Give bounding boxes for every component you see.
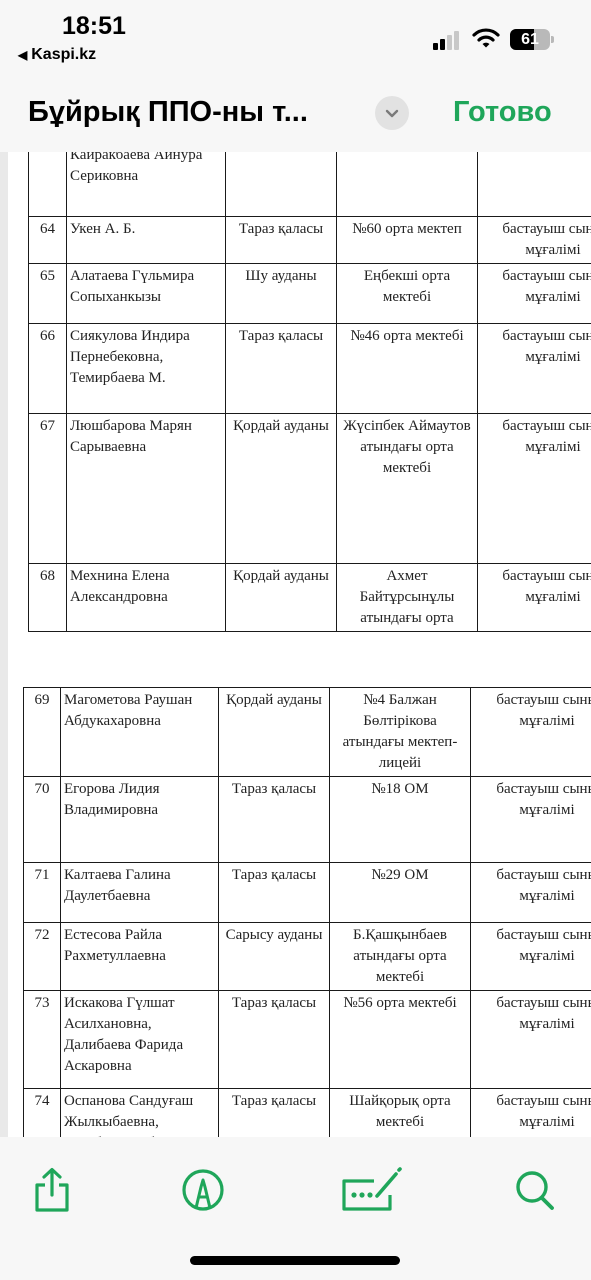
table-row: 66Сиякулова Индира Пернебековна, Темирба… bbox=[29, 324, 591, 414]
back-to-app-link[interactable]: ◀Kaspi.kz bbox=[18, 46, 96, 64]
region-cell: Тараз қаласы bbox=[219, 1089, 330, 1138]
table-row: 69Магометова Раушан АбдукахаровнаҚордай … bbox=[24, 688, 591, 777]
table-row: 68Мехнина Елена АлександровнаҚордай ауда… bbox=[29, 564, 591, 632]
teacher-name-cell: Люшбарова Марян Сарываевна bbox=[67, 414, 226, 564]
teachers-table: 69Магометова Раушан АбдукахаровнаҚордай … bbox=[23, 687, 591, 1137]
table-row: 74Оспанова Сандуғаш Жылкыбаевна, Кесебае… bbox=[24, 1089, 591, 1138]
teacher-name-cell: Оспанова Сандуғаш Жылкыбаевна, Кесебаева… bbox=[61, 1089, 219, 1138]
status-bar: 18:51 ◀Kaspi.kz 61 bbox=[0, 0, 591, 80]
teachers-table: Кайракбаева Айнура Сериковна64Укен А. Б.… bbox=[28, 152, 591, 632]
battery-tip bbox=[551, 36, 554, 43]
school-name-cell: Жүсіпбек Аймаутов атындағы орта мектебі bbox=[337, 414, 478, 564]
cellular-signal-icon bbox=[433, 30, 463, 50]
document-viewer[interactable]: Кайракбаева Айнура Сериковна64Укен А. Б.… bbox=[0, 152, 591, 1137]
share-icon bbox=[29, 1167, 75, 1213]
school-name-cell: №60 орта мектеп bbox=[337, 217, 478, 264]
row-number-cell: 70 bbox=[24, 777, 61, 863]
position-cell: бастауыш сыны мұғалімі bbox=[478, 414, 591, 564]
row-number-cell: 68 bbox=[29, 564, 67, 632]
teacher-name-cell: Укен А. Б. bbox=[67, 217, 226, 264]
region-cell: Тараз қаласы bbox=[226, 217, 337, 264]
home-indicator bbox=[190, 1256, 400, 1265]
position-cell: бастауыш сыны мұғалімі bbox=[478, 324, 591, 414]
row-number-cell: 72 bbox=[24, 923, 61, 991]
region-cell: Шу ауданы bbox=[226, 264, 337, 324]
back-triangle-icon: ◀ bbox=[18, 48, 27, 62]
school-name-cell: №4 Балжан Бөлтірікова атындағы мектеп-ли… bbox=[330, 688, 471, 777]
back-app-label: Kaspi.kz bbox=[31, 46, 96, 63]
teacher-name-cell: Калтаева Галина Даулетбаевна bbox=[61, 863, 219, 923]
signature-button[interactable] bbox=[340, 1167, 404, 1213]
table-row: 70Егорова Лидия ВладимировнаТараз қаласы… bbox=[24, 777, 591, 863]
school-name-cell bbox=[337, 152, 478, 217]
region-cell: Тараз қаласы bbox=[219, 863, 330, 923]
markup-button[interactable] bbox=[180, 1167, 226, 1213]
position-cell: бастауыш сыны мұғалімі bbox=[478, 217, 591, 264]
region-cell: Қордай ауданы bbox=[219, 688, 330, 777]
search-icon bbox=[513, 1167, 559, 1213]
row-number-cell: 69 bbox=[24, 688, 61, 777]
school-name-cell: №18 ОМ bbox=[330, 777, 471, 863]
row-number-cell: 65 bbox=[29, 264, 67, 324]
table-row: 72Естесова Райла РахметуллаевнаСарысу ау… bbox=[24, 923, 591, 991]
school-name-cell: №29 ОМ bbox=[330, 863, 471, 923]
position-cell: бастауыш сыны мұғалімі bbox=[471, 688, 591, 777]
school-name-cell: №56 орта мектебі bbox=[330, 991, 471, 1089]
school-name-cell: Еңбекші орта мектебі bbox=[337, 264, 478, 324]
battery-icon: 61 bbox=[510, 29, 550, 50]
document-title[interactable]: Бұйрық ППО-ны т... bbox=[28, 96, 308, 129]
row-number-cell: 74 bbox=[24, 1089, 61, 1138]
teacher-name-cell: Сиякулова Индира Пернебековна, Темирбаев… bbox=[67, 324, 226, 414]
teacher-name-cell: Кайракбаева Айнура Сериковна bbox=[67, 152, 226, 217]
row-number-cell: 71 bbox=[24, 863, 61, 923]
table-row: 64Укен А. Б.Тараз қаласы№60 орта мектепб… bbox=[29, 217, 591, 264]
row-number-cell: 64 bbox=[29, 217, 67, 264]
chevron-down-icon bbox=[385, 109, 399, 118]
school-name-cell: Ахмет Байтұрсынұлы атындағы орта bbox=[337, 564, 478, 632]
position-cell: бастауыш сыны мұғалімі bbox=[471, 777, 591, 863]
teacher-name-cell: Егорова Лидия Владимировна bbox=[61, 777, 219, 863]
battery-level: 61 bbox=[510, 29, 550, 50]
region-cell: Сарысу ауданы bbox=[219, 923, 330, 991]
region-cell: Қордай ауданы bbox=[226, 564, 337, 632]
signature-icon bbox=[340, 1167, 404, 1213]
row-number-cell: 66 bbox=[29, 324, 67, 414]
table-row: 67Люшбарова Марян СарываевнаҚордай аудан… bbox=[29, 414, 591, 564]
row-number-cell bbox=[29, 152, 67, 217]
table-row: Кайракбаева Айнура Сериковна bbox=[29, 152, 591, 217]
position-cell: бастауыш сыны мұғалімі bbox=[471, 991, 591, 1089]
table-row: 73Искакова Гүлшат Асилхановна, Далибаева… bbox=[24, 991, 591, 1089]
row-number-cell: 73 bbox=[24, 991, 61, 1089]
position-cell bbox=[478, 152, 591, 217]
share-button[interactable] bbox=[29, 1167, 75, 1213]
region-cell: Қордай ауданы bbox=[226, 414, 337, 564]
region-cell: Тараз қаласы bbox=[219, 991, 330, 1089]
teacher-name-cell: Естесова Райла Рахметуллаевна bbox=[61, 923, 219, 991]
table-row: 65Алатаева Гүльмира СопыханкызыШу ауданы… bbox=[29, 264, 591, 324]
position-cell: бастауыш сыны мұғалімі bbox=[471, 923, 591, 991]
teacher-name-cell: Алатаева Гүльмира Сопыханкызы bbox=[67, 264, 226, 324]
title-menu-button[interactable] bbox=[375, 96, 409, 130]
document-page: 69Магометова Раушан АбдукахаровнаҚордай … bbox=[8, 674, 591, 1137]
done-button[interactable]: Готово bbox=[453, 96, 552, 129]
region-cell bbox=[226, 152, 337, 217]
wifi-icon bbox=[472, 27, 500, 49]
position-cell: бастауыш сыны мұғалімі bbox=[478, 564, 591, 632]
clock: 18:51 bbox=[62, 12, 126, 41]
row-number-cell: 67 bbox=[29, 414, 67, 564]
position-cell: бастауыш сыны мұғалімі bbox=[478, 264, 591, 324]
teacher-name-cell: Искакова Гүлшат Асилхановна, Далибаева Ф… bbox=[61, 991, 219, 1089]
search-button[interactable] bbox=[513, 1167, 559, 1213]
position-cell: бастауыш сыны мұғалімі bbox=[471, 1089, 591, 1138]
school-name-cell: Шайқорық орта мектебі bbox=[330, 1089, 471, 1138]
teacher-name-cell: Мехнина Елена Александровна bbox=[67, 564, 226, 632]
table-row: 71Калтаева Галина ДаулетбаевнаТараз қала… bbox=[24, 863, 591, 923]
teacher-name-cell: Магометова Раушан Абдукахаровна bbox=[61, 688, 219, 777]
region-cell: Тараз қаласы bbox=[219, 777, 330, 863]
markup-icon bbox=[180, 1167, 226, 1213]
region-cell: Тараз қаласы bbox=[226, 324, 337, 414]
school-name-cell: №46 орта мектебі bbox=[337, 324, 478, 414]
position-cell: бастауыш сыны мұғалімі bbox=[471, 863, 591, 923]
school-name-cell: Б.Қашқынбаев атындағы орта мектебі bbox=[330, 923, 471, 991]
